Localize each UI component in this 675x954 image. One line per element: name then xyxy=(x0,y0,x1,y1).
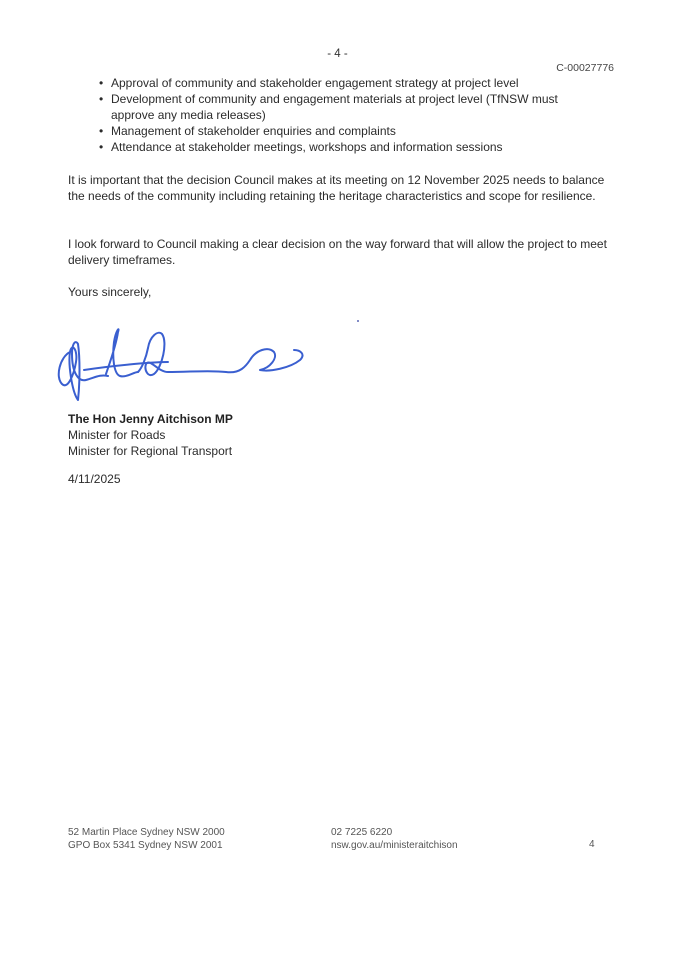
scan-speck xyxy=(357,320,359,322)
signer-title: Minister for Regional Transport xyxy=(68,443,233,459)
footer-address-line: GPO Box 5341 Sydney NSW 2001 xyxy=(68,839,225,852)
closing-salutation: Yours sincerely, xyxy=(68,284,608,300)
responsibilities-list: Approval of community and stakeholder en… xyxy=(97,75,597,155)
footer-website-link[interactable]: nsw.gov.au/ministeraitchison xyxy=(331,839,458,852)
list-item: Attendance at stakeholder meetings, work… xyxy=(97,139,597,155)
list-item: Approval of community and stakeholder en… xyxy=(97,75,597,91)
footer-page-number: 4 xyxy=(589,839,595,850)
footer-address-line: 52 Martin Place Sydney NSW 2000 xyxy=(68,826,225,839)
list-item: Development of community and engagement … xyxy=(97,91,597,123)
footer-phone: 02 7225 6220 xyxy=(331,826,458,839)
list-item: Management of stakeholder enquiries and … xyxy=(97,123,597,139)
letter-date: 4/11/2025 xyxy=(68,472,121,486)
footer-contact: 02 7225 6220 nsw.gov.au/ministeraitchiso… xyxy=(331,826,458,852)
footer-address: 52 Martin Place Sydney NSW 2000 GPO Box … xyxy=(68,826,225,852)
paragraph-look-forward: I look forward to Council making a clear… xyxy=(68,236,608,268)
document-reference: C-00027776 xyxy=(556,62,614,74)
page-marker: - 4 - xyxy=(0,48,675,60)
signer-title: Minister for Roads xyxy=(68,427,233,443)
signer-name: The Hon Jenny Aitchison MP xyxy=(68,411,233,427)
signer-block: The Hon Jenny Aitchison MP Minister for … xyxy=(68,411,233,459)
paragraph-decision: It is important that the decision Counci… xyxy=(68,172,608,204)
signature-icon xyxy=(50,312,320,402)
